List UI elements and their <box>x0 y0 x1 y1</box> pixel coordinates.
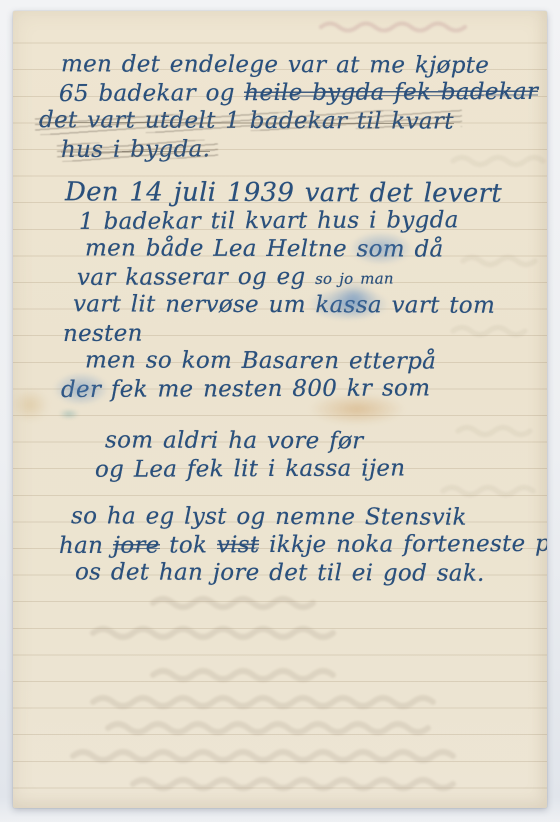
text-segment: vart lit nervøse um <box>73 291 316 318</box>
paragraph: so ha eg lyst og nemne Stensvikhan jore … <box>13 503 547 587</box>
text-segment: då <box>405 236 444 262</box>
text-segment: og Lea fek lit i kassa ijen <box>95 455 406 482</box>
handwritten-line: og Lea fek lit i kassa ijen <box>13 454 547 484</box>
text-segment: han <box>59 533 113 559</box>
handwritten-line: nesten <box>13 318 547 348</box>
text-segment: som aldri ha vore før <box>105 427 364 454</box>
handwritten-line: som aldri ha vore før <box>13 426 547 456</box>
text-segment: var kasserar og eg <box>77 264 315 291</box>
paragraph: Den 14 juli 1939 vart det levert1 badeka… <box>13 179 547 403</box>
handwritten-line: vart lit nervøse um kassa vart tom <box>13 290 547 320</box>
scan-background: men det endelege var at me kjøpte65 bade… <box>0 0 560 822</box>
text-segment: det vart utdelt 1 badekar til kvart <box>39 107 454 134</box>
text-segment: so jo man <box>315 270 394 288</box>
handwritten-line: os det han jore det til ei god sak. <box>13 558 547 588</box>
handwritten-line: han jore tok vist ikkje noka forteneste … <box>13 530 547 560</box>
text-segment: kassa <box>315 292 382 318</box>
text-segment: so ha eg lyst og nemne Stensvik <box>71 503 467 530</box>
text-segment: men so kom Basaren etterpå <box>85 347 436 374</box>
handwritten-line: men både Lea Heltne som då <box>13 234 547 264</box>
text-segment: men både Lea Heltne <box>85 235 357 262</box>
handwritten-line: 65 badekar og heile bygda fek badekar <box>13 78 547 108</box>
text-segment: jore <box>113 533 160 559</box>
text-segment: os det han jore det til ei god sak. <box>75 559 485 586</box>
text-segment: hus i bygda. <box>61 136 210 163</box>
handwritten-line: var kasserar og eg so jo man <box>13 262 547 292</box>
text-segment: som <box>357 236 405 262</box>
text-segment: nesten <box>63 321 143 347</box>
text-segment: 1 badekar til kvart hus i bygda <box>79 207 459 235</box>
text-segment: 65 badekar og <box>59 80 245 107</box>
paragraph: som aldri ha vore førog Lea fek lit i ka… <box>13 427 547 483</box>
handwritten-line: Den 14 juli 1939 vart det levert <box>13 178 547 208</box>
handwritten-line: so ha eg lyst og nemne Stensvik <box>13 502 547 532</box>
text-segment: men det endelege var at me kjøpte <box>61 51 489 78</box>
handwritten-line: der fek me nesten 800 kr som <box>13 374 547 404</box>
handwritten-line: hus i bygda. <box>13 134 547 164</box>
handwritten-line: men det endelege var at me kjøpte <box>13 50 547 80</box>
text-segment: heile bygda fek badekar <box>244 79 538 106</box>
handwritten-line: 1 badekar til kvart hus i bygda <box>13 206 547 236</box>
handwritten-line: det vart utdelt 1 badekar til kvart <box>13 106 547 136</box>
text-segment: ikkje noka forteneste på <box>259 531 547 558</box>
handwritten-page: men det endelege var at me kjøpte65 bade… <box>13 11 547 808</box>
text-segment: fek me nesten 800 kr som <box>101 375 430 402</box>
text-segment: vist <box>217 532 260 558</box>
text-segment: vart tom <box>382 292 495 318</box>
handwriting-text: men det endelege var at me kjøpte65 bade… <box>13 51 547 587</box>
text-segment: tok <box>160 532 217 558</box>
paragraph: men det endelege var at me kjøpte65 bade… <box>13 51 547 163</box>
handwritten-line: men so kom Basaren etterpå <box>13 346 547 376</box>
text-segment: der <box>61 377 101 403</box>
text-segment: Den 14 juli 1939 vart det levert <box>65 177 502 209</box>
